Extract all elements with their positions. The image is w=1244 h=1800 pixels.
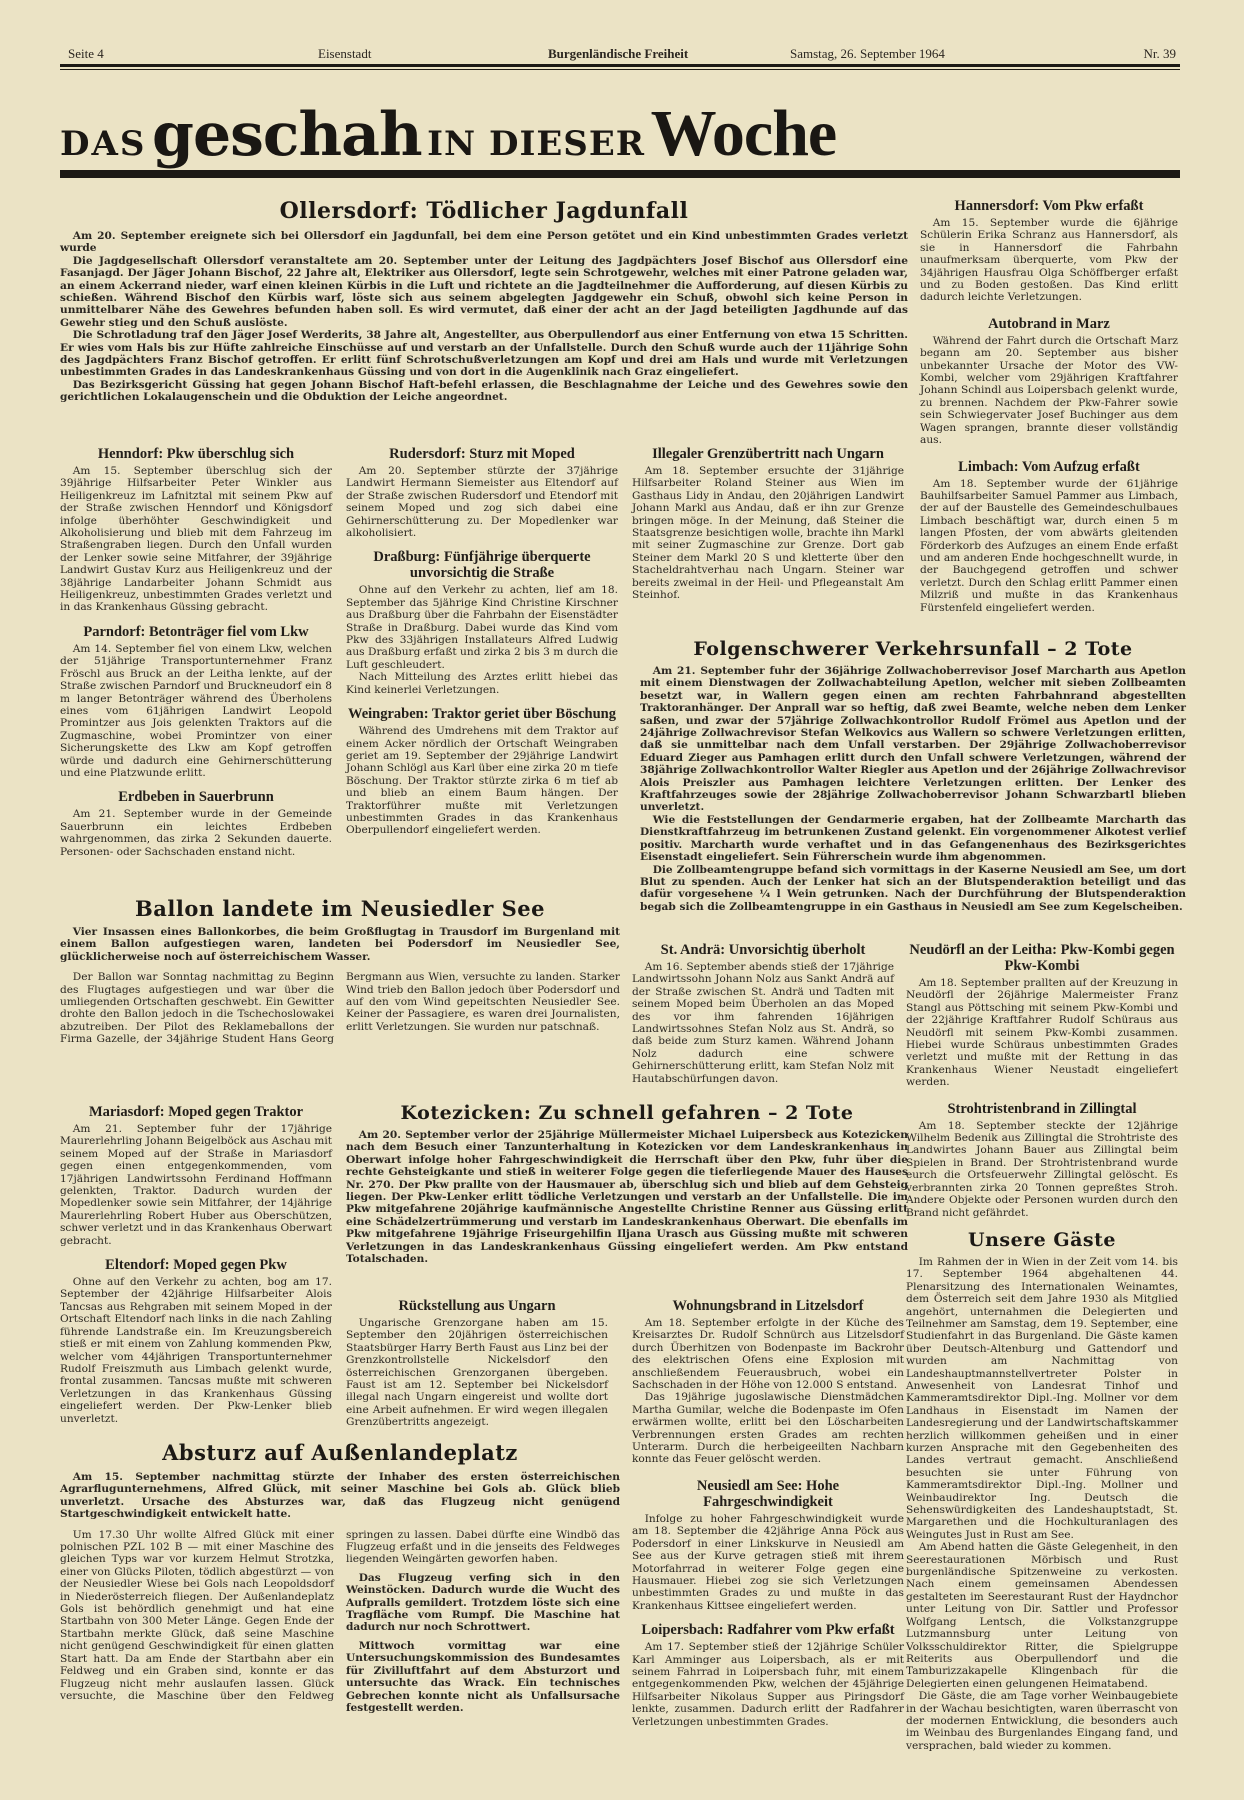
article-grenzuebertritt: Illegaler Grenzübertritt nach Ungarn Am … — [632, 446, 904, 601]
article-ballon: Ballon landete im Neusiedler See Vier In… — [60, 896, 620, 1046]
article-paragraph: Die Schrotladung traf den Jäger Josef We… — [60, 329, 908, 379]
article-paragraph: Das Bezirksgericht Güssing hat gegen Joh… — [60, 379, 908, 404]
article-paragraph: Am 18. September erfolgte in der Küche d… — [632, 1317, 904, 1391]
article-neusiedl: Neusiedl am See: Hohe Fahrgeschwindigkei… — [632, 1478, 904, 1612]
banner-in-dieser: IN DIESER — [427, 124, 645, 164]
middle-right-column-lower: Wohnungsbrand in Litzelsdorf Am 18. Sept… — [632, 1298, 904, 1728]
left-column-lower: Mariasdorf: Moped gegen Traktor Am 21. S… — [60, 1104, 332, 1425]
article-text: Am 14. September fiel von einem Lkw, wel… — [60, 643, 332, 779]
article-text: Am 15. September überschlug sich der 39j… — [60, 465, 332, 614]
banner-woche: Woche — [651, 97, 837, 170]
article-kotezicken: Kotezicken: Zu schnell gefahren – 2 Tote… — [346, 1102, 908, 1265]
article-paragraph: Das 19jährige jugoslawische Dienstmädche… — [632, 1391, 904, 1465]
issue-number: Nr. 39 — [1144, 46, 1177, 62]
page-banner: DAS geschah IN DIESER Woche — [60, 96, 1180, 166]
article-paragraph: Die Jagdgesellschaft Ollersdorf veransta… — [60, 255, 908, 329]
article-parndorf: Parndorf: Betonträger fiel vom Lkw Am 14… — [60, 624, 332, 779]
article-text: Ohne auf den Verkehr zu achten, bog am 1… — [60, 1276, 332, 1425]
banner-rule — [60, 170, 1180, 178]
article-paragraph: Am 21. September fuhr der 36jährige Zoll… — [640, 665, 1186, 814]
article-paragraph: Mittwoch vormittag war eine Untersuchung… — [346, 1640, 620, 1714]
article-text: Der Ballon war Sonntag nachmittag zu Beg… — [60, 971, 620, 1045]
article-henndorf: Henndorf: Pkw überschlug sich Am 15. Sep… — [60, 446, 332, 614]
article-title: Ollersdorf: Tödlicher Jagdunfall — [60, 198, 908, 224]
article-paragraph: Das Flugzeug verfing sich in den Weinstö… — [346, 1572, 620, 1634]
page-number: Seite 4 — [68, 46, 104, 62]
article-title: Limbach: Vom Aufzug erfaßt — [920, 459, 1178, 475]
article-text: Am 15. September wurde die 6jährige Schü… — [920, 217, 1178, 304]
article-text: Während der Fahrt durch die Ortschaft Ma… — [920, 335, 1178, 447]
article-title: Loipersbach: Radfahrer vom Pkw erfaßt — [632, 1622, 904, 1638]
article-drassburg: Draßburg: Fünfjährige überquerte unvorsi… — [346, 549, 618, 696]
article-title: Rückstellung aus Ungarn — [346, 1298, 608, 1314]
article-title: Rudersdorf: Sturz mit Moped — [346, 446, 618, 462]
article-text: Am 20. September verlor der 25jährige Mü… — [346, 1129, 908, 1265]
article-title: Draßburg: Fünfjährige überquerte unvorsi… — [346, 549, 618, 581]
article-marz: Autobrand in Marz Während der Fahrt durc… — [920, 316, 1178, 447]
article-title: Neudörfl an der Leitha: Pkw-Kombi gegen … — [906, 942, 1178, 974]
article-limbach: Limbach: Vom Aufzug erfaßt Am 18. Septem… — [920, 459, 1178, 614]
article-title: Neusiedl am See: Hohe Fahrgeschwindigkei… — [632, 1478, 904, 1510]
article-text: Am 21. September wurde in der Gemeinde S… — [60, 808, 332, 858]
article-text: Während des Umdrehens mit dem Traktor au… — [346, 725, 618, 837]
article-weingraben: Weingraben: Traktor geriet über Böschung… — [346, 706, 618, 837]
article-paragraph: Am Abend hatten die Gäste Gelegenheit, i… — [906, 1541, 1178, 1690]
article-title: Kotezicken: Zu schnell gefahren – 2 Tote — [346, 1102, 908, 1124]
article-text: Am 17. September stieß der 12jährige Sch… — [632, 1641, 904, 1728]
article-lead: Am 15. September nachmittag stürzte der … — [60, 1471, 620, 1521]
article-title: Unsere Gäste — [906, 1229, 1178, 1251]
masthead-rule-thin — [60, 69, 1180, 70]
article-title: Eltendorf: Moped gegen Pkw — [60, 1257, 332, 1273]
article-lead: Vier Insassen eines Ballonkorbes, die be… — [60, 926, 620, 963]
article-neudoerfl: Neudörfl an der Leitha: Pkw-Kombi gegen … — [906, 942, 1178, 1089]
article-title: St. Andrä: Unvorsichtig überholt — [632, 942, 894, 958]
article-text: Infolge zu hoher Fahrgeschwindigkeit wur… — [632, 1513, 904, 1612]
article-title: Weingraben: Traktor geriet über Böschung — [346, 706, 618, 722]
article-sauerbrunn: Erdbeben in Sauerbrunn Am 21. September … — [60, 789, 332, 858]
article-title: Ballon landete im Neusiedler See — [60, 896, 620, 921]
article-verkehrsunfall: Folgenschwerer Verkehrsunfall – 2 Tote A… — [640, 638, 1186, 913]
masthead: Seite 4 Eisenstadt Burgenländische Freih… — [68, 46, 1176, 66]
article-mariasdorf: Mariasdorf: Moped gegen Traktor Am 21. S… — [60, 1104, 332, 1247]
left-column-row2: Henndorf: Pkw überschlug sich Am 15. Sep… — [60, 446, 332, 858]
article-text: Am 21. September fuhr der 17jährige Maur… — [60, 1123, 332, 1247]
right-column-top: Hannersdorf: Vom Pkw erfaßt Am 15. Septe… — [920, 198, 1178, 614]
article-eltendorf: Eltendorf: Moped gegen Pkw Ohne auf den … — [60, 1257, 332, 1425]
article-title: Parndorf: Betonträger fiel vom Lkw — [60, 624, 332, 640]
article-st-andrae: St. Andrä: Unvorsichtig überholt Am 16. … — [632, 942, 894, 1085]
article-text: Am 16. September abends stieß der 17jähr… — [632, 961, 894, 1085]
article-text: Am 20. September stürzte der 37jährige L… — [346, 465, 618, 539]
right-column-lower: Neudörfl an der Leitha: Pkw-Kombi gegen … — [906, 942, 1178, 1752]
article-rueckstellung: Rückstellung aus Ungarn Ungarische Grenz… — [346, 1298, 608, 1429]
article-title: Folgenschwerer Verkehrsunfall – 2 Tote — [640, 638, 1186, 660]
article-title: Illegaler Grenzübertritt nach Ungarn — [632, 446, 904, 462]
article-text: Am 18. September wurde der 61jährige Bau… — [920, 478, 1178, 614]
paper-name: Burgenländische Freiheit — [548, 46, 688, 62]
article-title: Hannersdorf: Vom Pkw erfaßt — [920, 198, 1178, 214]
article-title: Erdbeben in Sauerbrunn — [60, 789, 332, 805]
article-title: Wohnungsbrand in Litzelsdorf — [632, 1298, 904, 1314]
article-paragraph: Am 20. September ereignete sich bei Olle… — [60, 230, 908, 255]
article-absturz: Absturz auf Außenlandeplatz Am 15. Septe… — [60, 1440, 620, 1714]
banner-das: DAS — [60, 124, 146, 164]
article-text: Am 18. September steckte der 12jährige W… — [906, 1120, 1178, 1219]
article-loipersbach: Loipersbach: Radfahrer vom Pkw erfaßt Am… — [632, 1622, 904, 1728]
article-rudersdorf: Rudersdorf: Sturz mit Moped Am 20. Septe… — [346, 446, 618, 539]
date: Samstag, 26. September 1964 — [790, 46, 945, 62]
article-paragraph: Die Zollbeamtengruppe befand sich vormit… — [640, 864, 1186, 914]
article-paragraph: Die Gäste, die am Tage vorher Weinbaugeb… — [906, 1690, 1178, 1752]
place: Eisenstadt — [318, 46, 371, 62]
article-paragraph: Wie die Feststellungen der Gendarmerie e… — [640, 814, 1186, 864]
article-title: Strohtristenbrand in Zillingtal — [906, 1101, 1178, 1117]
article-title: Autobrand in Marz — [920, 316, 1178, 332]
article-text: Am 18. September prallten auf der Kreuzu… — [906, 977, 1178, 1089]
article-litzelsdorf: Wohnungsbrand in Litzelsdorf Am 18. Sept… — [632, 1298, 904, 1466]
article-unsere-gaeste: Unsere Gäste Im Rahmen der in Wien in de… — [906, 1229, 1178, 1752]
article-title: Mariasdorf: Moped gegen Traktor — [60, 1104, 332, 1120]
masthead-rule — [60, 64, 1180, 67]
article-title: Henndorf: Pkw überschlug sich — [60, 446, 332, 462]
article-paragraph: Im Rahmen der in Wien in der Zeit vom 14… — [906, 1256, 1178, 1541]
middle-column-row2: Rudersdorf: Sturz mit Moped Am 20. Septe… — [346, 446, 618, 837]
article-text: Am 18. September ersuchte der 31jährige … — [632, 465, 904, 601]
banner-geschah: geschah — [152, 100, 422, 170]
article-paragraph: Ohne auf den Verkehr zu achten, lief am … — [346, 584, 618, 671]
article-hannersdorf: Hannersdorf: Vom Pkw erfaßt Am 15. Septe… — [920, 198, 1178, 304]
article-zillingtal: Strohtristenbrand in Zillingtal Am 18. S… — [906, 1101, 1178, 1219]
article-paragraph: Nach Mitteilung des Arztes erlitt hiebei… — [346, 671, 618, 696]
article-title: Absturz auf Außenlandeplatz — [60, 1440, 620, 1465]
article-text: Ungarische Grenzorgane haben am 15. Sept… — [346, 1317, 608, 1429]
article-ollersdorf: Ollersdorf: Tödlicher Jagdunfall Am 20. … — [60, 198, 908, 404]
